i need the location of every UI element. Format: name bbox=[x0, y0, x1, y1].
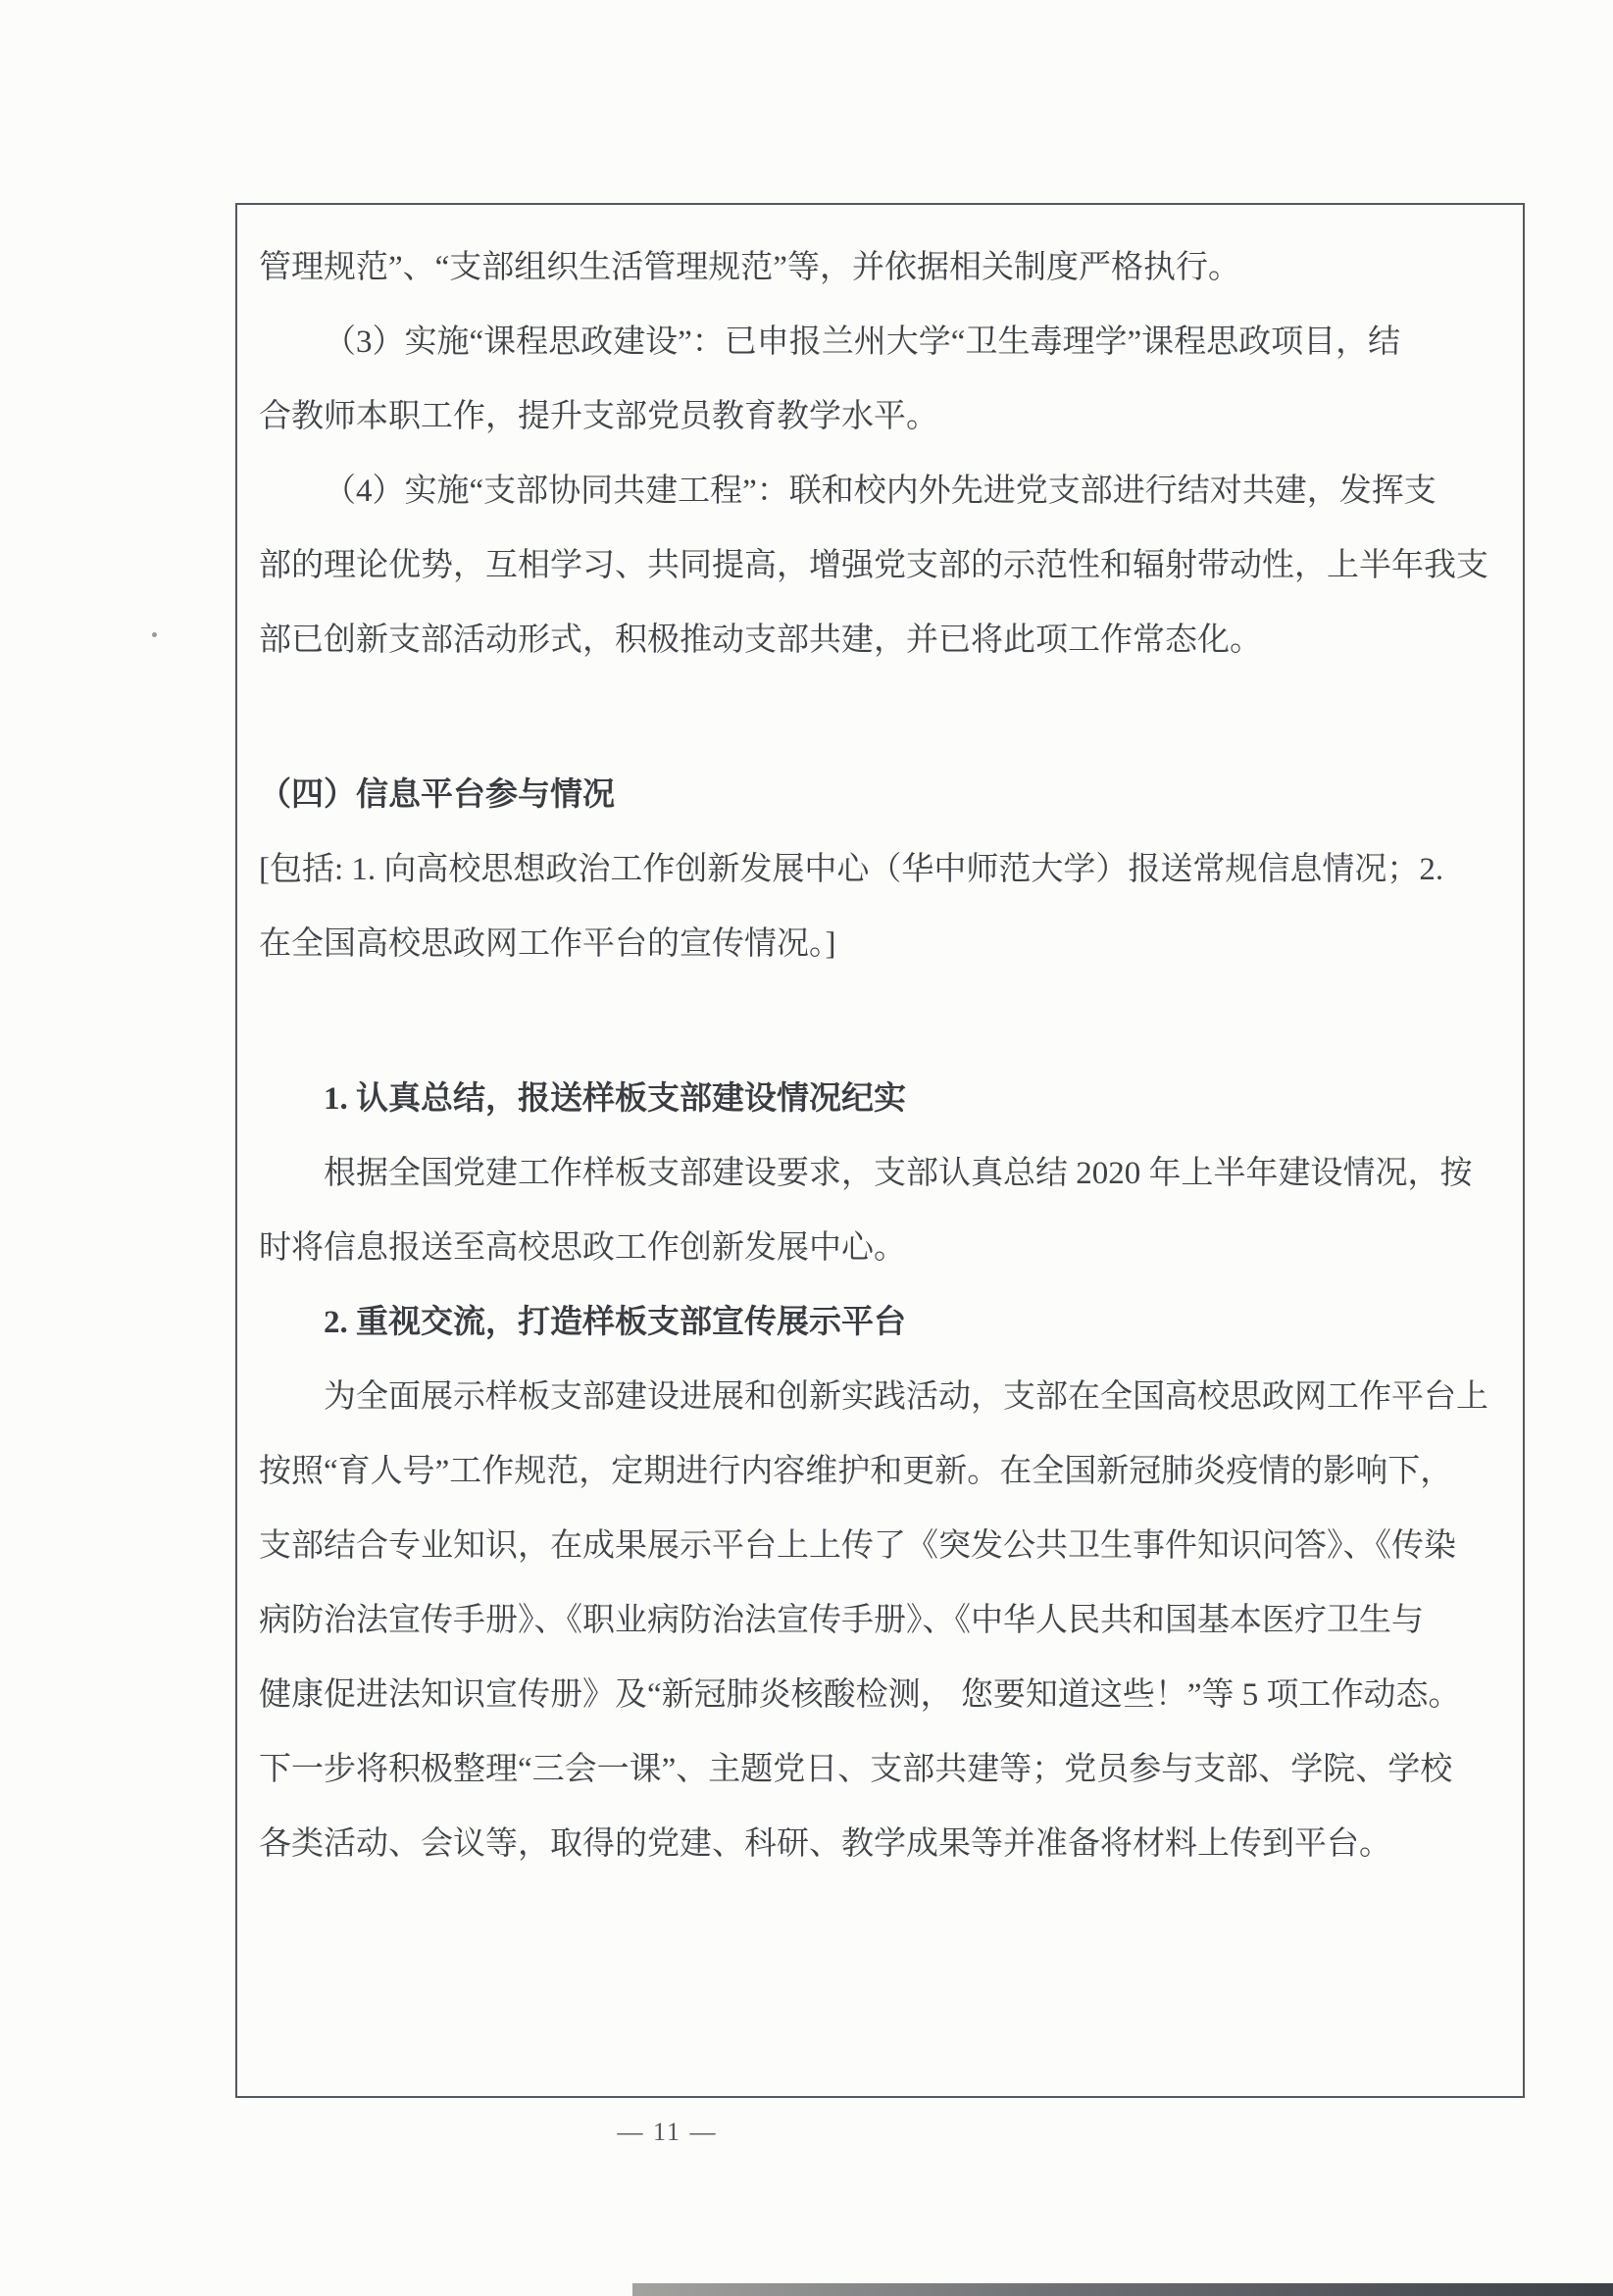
text-line: [包括: 1. 向高校思想政治工作创新发展中心（华中师范大学）报送常规信息情况；… bbox=[259, 832, 1505, 907]
text-line: 在全国高校思政网工作平台的宣传情况。] bbox=[259, 907, 1505, 981]
text-line: （3）实施“课程思政建设”：已申报兰州大学“卫生毒理学”课程思政项目，结 bbox=[259, 305, 1505, 379]
text-line: 下一步将积极整理“三会一课”、主题党日、支部共建等；党员参与支部、学院、学校 bbox=[259, 1732, 1505, 1807]
text-line: 各类活动、会议等，取得的党建、科研、教学成果等并准备将材料上传到平台。 bbox=[259, 1807, 1505, 1881]
text-line: 健康促进法知识宣传册》及“新冠肺炎核酸检测， 您要知道这些！”等 5 项工作动态… bbox=[259, 1658, 1505, 1732]
ink-speck bbox=[152, 632, 157, 637]
text-line: 病防治法宣传手册》、《职业病防治法宣传手册》、《中华人民共和国基本医疗卫生与 bbox=[259, 1583, 1505, 1658]
text-line: 部已创新支部活动形式，积极推动支部共建，并已将此项工作常态化。 bbox=[259, 603, 1505, 677]
document-content-box: 管理规范”、“支部组织生活管理规范”等，并依据相关制度严格执行。 （3）实施“课… bbox=[235, 203, 1525, 2098]
subsection-heading: 2. 重视交流，打造样板支部宣传展示平台 bbox=[259, 1285, 1505, 1360]
text-line: 合教师本职工作，提升支部党员教育教学水平。 bbox=[259, 379, 1505, 454]
section-heading: （四）信息平台参与情况 bbox=[259, 758, 1505, 832]
scan-shadow-artifact bbox=[632, 2283, 1613, 2296]
text-line: 按照“育人号”工作规范，定期进行内容维护和更新。在全国新冠肺炎疫情的影响下， bbox=[259, 1434, 1505, 1509]
text-line: 为全面展示样板支部建设进展和创新实践活动，支部在全国高校思政网工作平台上 bbox=[259, 1360, 1505, 1434]
text-line: 时将信息报送至高校思政工作创新发展中心。 bbox=[259, 1211, 1505, 1285]
text-line: （4）实施“支部协同共建工程”：联和校内外先进党支部进行结对共建，发挥支 bbox=[259, 454, 1505, 528]
subsection-heading: 1. 认真总结，报送样板支部建设情况纪实 bbox=[259, 1062, 1505, 1136]
text-line: 根据全国党建工作样板支部建设要求，支部认真总结 2020 年上半年建设情况，按 bbox=[259, 1136, 1505, 1211]
text-line: 管理规范”、“支部组织生活管理规范”等，并依据相关制度严格执行。 bbox=[259, 230, 1505, 305]
text-line: 部的理论优势，互相学习、共同提高，增强党支部的示范性和辐射带动性，上半年我支 bbox=[259, 528, 1505, 603]
page-number: — 11 — bbox=[586, 2118, 748, 2147]
text-line: 支部结合专业知识，在成果展示平台上上传了《突发公共卫生事件知识问答》、《传染 bbox=[259, 1509, 1505, 1583]
